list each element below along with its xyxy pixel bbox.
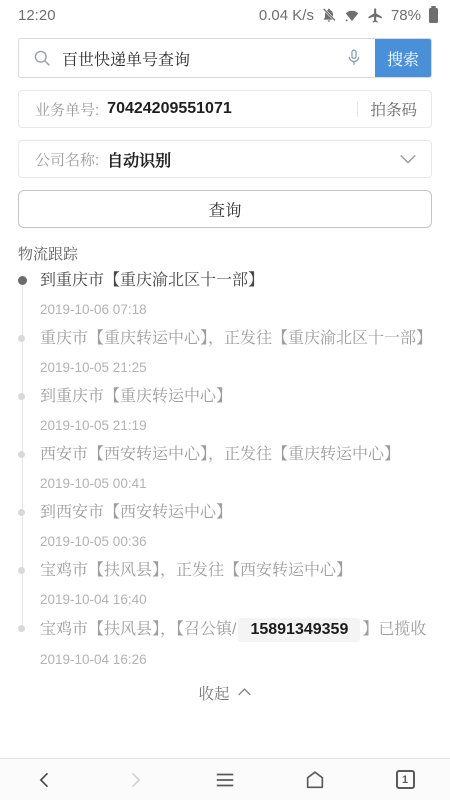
timeline-dot-icon xyxy=(18,335,25,342)
tracking-item: 到重庆市【重庆渝北区十一部】 2019-10-06 07:18 xyxy=(18,270,432,319)
collapse-button[interactable]: 收起 xyxy=(0,678,450,708)
chevron-up-icon xyxy=(237,684,252,702)
query-button[interactable]: 查询 xyxy=(18,190,432,228)
tracking-status: 宝鸡市【扶风县】，【召公镇/15891349359】已揽收 xyxy=(40,618,432,642)
mute-icon xyxy=(321,7,337,23)
tracking-item: 重庆市【重庆转运中心】，正发往【重庆渝北区十一部】 2019-10-05 21:… xyxy=(18,328,432,377)
timeline-dot-icon xyxy=(18,625,25,632)
tracking-number-value[interactable]: 70424209551071 xyxy=(107,100,357,118)
tracking-number-label: 业务单号: xyxy=(35,99,99,120)
timeline-dot-icon xyxy=(18,276,27,285)
tab-count: 1 xyxy=(396,770,415,789)
search-input[interactable] xyxy=(62,49,339,67)
company-select-row[interactable]: 公司名称: 自动识别 xyxy=(18,140,432,178)
timeline-dot-icon xyxy=(18,509,25,516)
search-button[interactable]: 搜索 xyxy=(375,38,431,78)
network-speed: 0.04 K/s xyxy=(259,7,314,24)
wifi-icon xyxy=(344,7,360,23)
search-bar: 搜索 xyxy=(18,38,432,78)
tracking-item: 到重庆市【重庆转运中心】 2019-10-05 21:19 xyxy=(18,386,432,435)
collapse-label: 收起 xyxy=(198,682,229,704)
back-button[interactable] xyxy=(15,759,75,800)
tracking-item: 宝鸡市【扶风县】，【召公镇/15891349359】已揽收 2019-10-04… xyxy=(18,618,432,669)
status-bar: 12:20 0.04 K/s 78% xyxy=(0,0,450,30)
battery-icon xyxy=(429,8,438,23)
tracking-status: 重庆市【重庆转运中心】，正发往【重庆渝北区十一部】 xyxy=(40,328,432,350)
tracking-status-pre: 宝鸡市【扶风县】，【召公镇/ xyxy=(40,621,236,638)
tracking-item: 宝鸡市【扶风县】，正发往【西安转运中心】 2019-10-04 16:40 xyxy=(18,560,432,609)
clock: 12:20 xyxy=(18,7,56,24)
timeline-dot-icon xyxy=(18,567,25,574)
tracking-time: 2019-10-05 21:19 xyxy=(40,417,432,435)
tracking-status: 到重庆市【重庆转运中心】 xyxy=(40,386,432,408)
tracking-time: 2019-10-05 00:41 xyxy=(40,475,432,493)
airplane-mode-icon xyxy=(367,7,384,24)
tracking-time: 2019-10-05 21:25 xyxy=(40,359,432,377)
tracking-number-row[interactable]: 业务单号: 70424209551071 拍条码 xyxy=(18,90,432,128)
tracking-time: 2019-10-04 16:40 xyxy=(40,591,432,609)
tracking-time: 2019-10-06 07:18 xyxy=(40,301,432,319)
tracking-item: 到西安市【西安转运中心】 2019-10-05 00:36 xyxy=(18,502,432,551)
tracking-time: 2019-10-04 16:26 xyxy=(40,651,432,669)
scan-barcode-button[interactable]: 拍条码 xyxy=(370,98,417,120)
divider xyxy=(357,102,358,117)
browser-nav-bar: 1 xyxy=(0,758,450,800)
tracking-status: 到重庆市【重庆渝北区十一部】 xyxy=(40,270,432,292)
menu-icon[interactable] xyxy=(195,759,255,800)
tabs-button[interactable]: 1 xyxy=(375,759,435,800)
tracking-status: 到西安市【西安转运中心】 xyxy=(40,502,432,524)
tracking-timeline: 到重庆市【重庆渝北区十一部】 2019-10-06 07:18 重庆市【重庆转运… xyxy=(18,270,432,669)
tracking-status: 西安市【西安转运中心】，正发往【重庆转运中心】 xyxy=(40,444,432,466)
timeline-dot-icon xyxy=(18,451,25,458)
battery-percent: 78% xyxy=(391,7,421,24)
tracking-status: 宝鸡市【扶风县】，正发往【西安转运中心】 xyxy=(40,560,432,582)
forward-button[interactable] xyxy=(105,759,165,800)
section-title: 物流跟踪 xyxy=(18,243,432,264)
company-value: 自动识别 xyxy=(107,148,391,171)
timeline-dot-icon xyxy=(18,393,25,400)
tracking-item: 西安市【西安转运中心】，正发往【重庆转运中心】 2019-10-05 00:41 xyxy=(18,444,432,493)
tracking-time: 2019-10-05 00:36 xyxy=(40,533,432,551)
company-label: 公司名称: xyxy=(35,149,99,170)
chevron-down-icon xyxy=(399,153,417,165)
microphone-icon[interactable] xyxy=(339,48,375,68)
home-button[interactable] xyxy=(285,759,345,800)
phone-number-link[interactable]: 15891349359 xyxy=(238,618,360,642)
search-icon xyxy=(33,49,52,68)
tracking-status-post: 】已揽收 xyxy=(362,621,426,638)
